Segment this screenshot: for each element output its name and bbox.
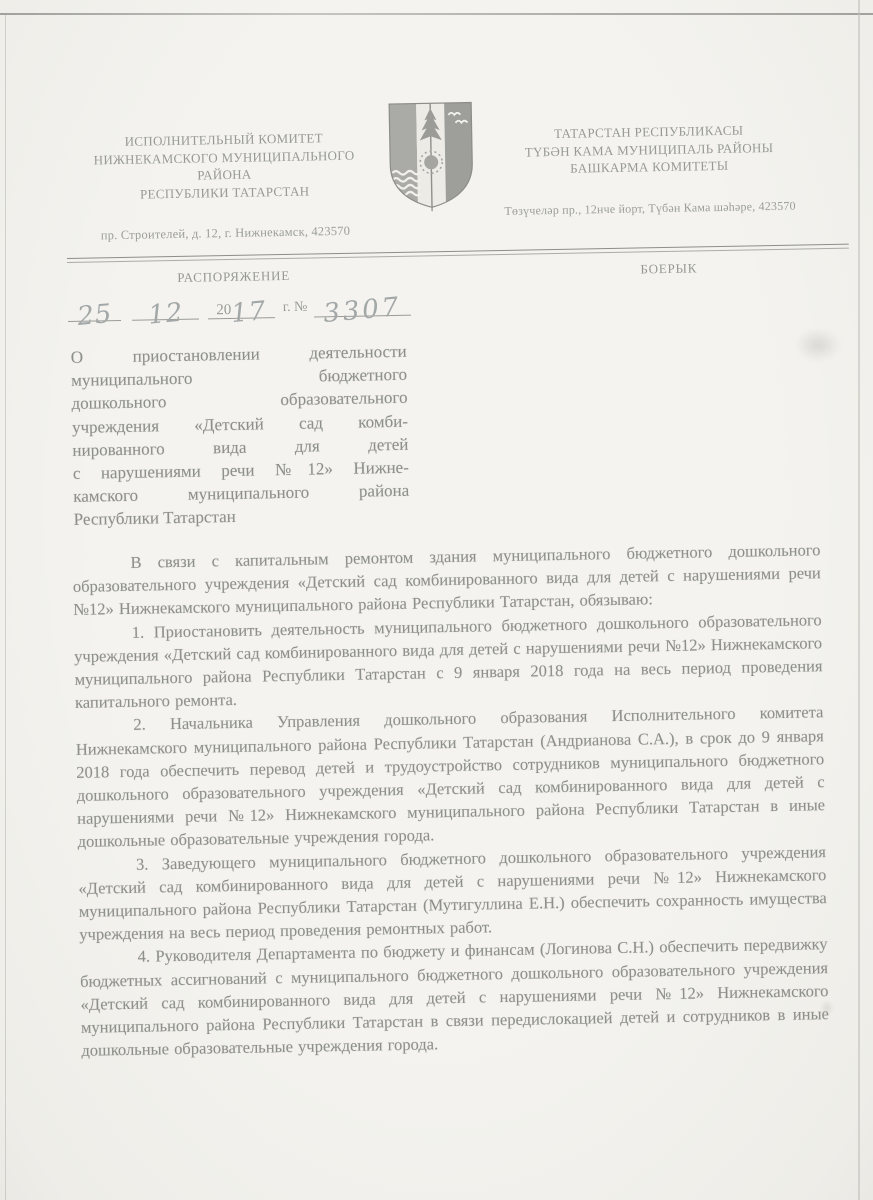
title-line: Республики Татарстан (73, 502, 409, 531)
scan-edge-artifact-top (0, 13, 873, 15)
handwritten-year-suffix: 17 (231, 301, 268, 324)
doc-type-tatar: БОЕРЫК (640, 260, 697, 277)
handwritten-month: 12 (147, 303, 184, 326)
letterhead-russian: ИСПОЛНИТЕЛЬНЫЙ КОМИТЕТ НИЖНЕКАМСКОГО МУН… (64, 94, 385, 245)
org-address-russian: пр. Строителей, д. 12, г. Нижнекамск, 42… (66, 222, 384, 245)
coat-of-arms-icon (382, 92, 479, 213)
document-body: В связи с капитальным ремонтом здания му… (72, 538, 829, 1062)
document-number-field: 3307 (313, 287, 411, 318)
body-paragraph-item-3: 3. Заведующего муниципального бюджетного… (78, 840, 828, 947)
org-address-tatar: Төзүчеләр пр., 12нче йорт, Түбән Кама шә… (480, 197, 820, 221)
nizhnekamsk-coat-of-arms-icon (386, 99, 476, 213)
org-name-line: НИЖНЕКАМСКОГО МУНИЦИПАЛЬНОГО РАЙОНА (65, 146, 384, 187)
scan-edge-artifact-left (5, 15, 6, 1200)
number-label: г. № (283, 298, 308, 318)
date-month-field: 12 (132, 291, 200, 321)
date-day-field: 25 (68, 292, 122, 322)
document-title: О приостановлении деятельности муниципал… (71, 340, 410, 532)
body-paragraph-item-1: 1. Приостановить деятельность муниципаль… (74, 608, 824, 715)
date-year-field: 2017 (208, 289, 276, 319)
handwritten-day: 25 (76, 304, 113, 327)
handwritten-number: 3307 (322, 297, 402, 324)
document-content: ИСПОЛНИТЕЛЬНЫЙ КОМИТЕТ НИЖНЕКАМСКОГО МУН… (64, 86, 866, 1180)
body-paragraph-item-2: 2. Начальника Управления дошкольного обр… (75, 701, 825, 854)
scanned-document-page: ИСПОЛНИТЕЛЬНЫЙ КОМИТЕТ НИЖНЕКАМСКОГО МУН… (0, 0, 873, 1200)
printed-year-prefix: 20 (216, 301, 231, 319)
body-paragraph-item-4: 4. Руководителя Департамента по бюджету … (80, 933, 830, 1063)
date-and-number-line: 25 12 2017 г. № 3307 (68, 288, 411, 322)
doc-type-russian: РАСПОРЯЖЕНИЕ (177, 268, 290, 286)
letterhead-tatar: ТАТАРСТАН РЕСПУБЛИКАСЫ ТҮБӘН КАМА МУНИЦИ… (478, 86, 820, 220)
document-type-row: РАСПОРЯЖЕНИЕ БОЕРЫК (67, 258, 849, 288)
letterhead: ИСПОЛНИТЕЛЬНЫЙ КОМИТЕТ НИЖНЕКАМСКОГО МУН… (64, 86, 849, 246)
